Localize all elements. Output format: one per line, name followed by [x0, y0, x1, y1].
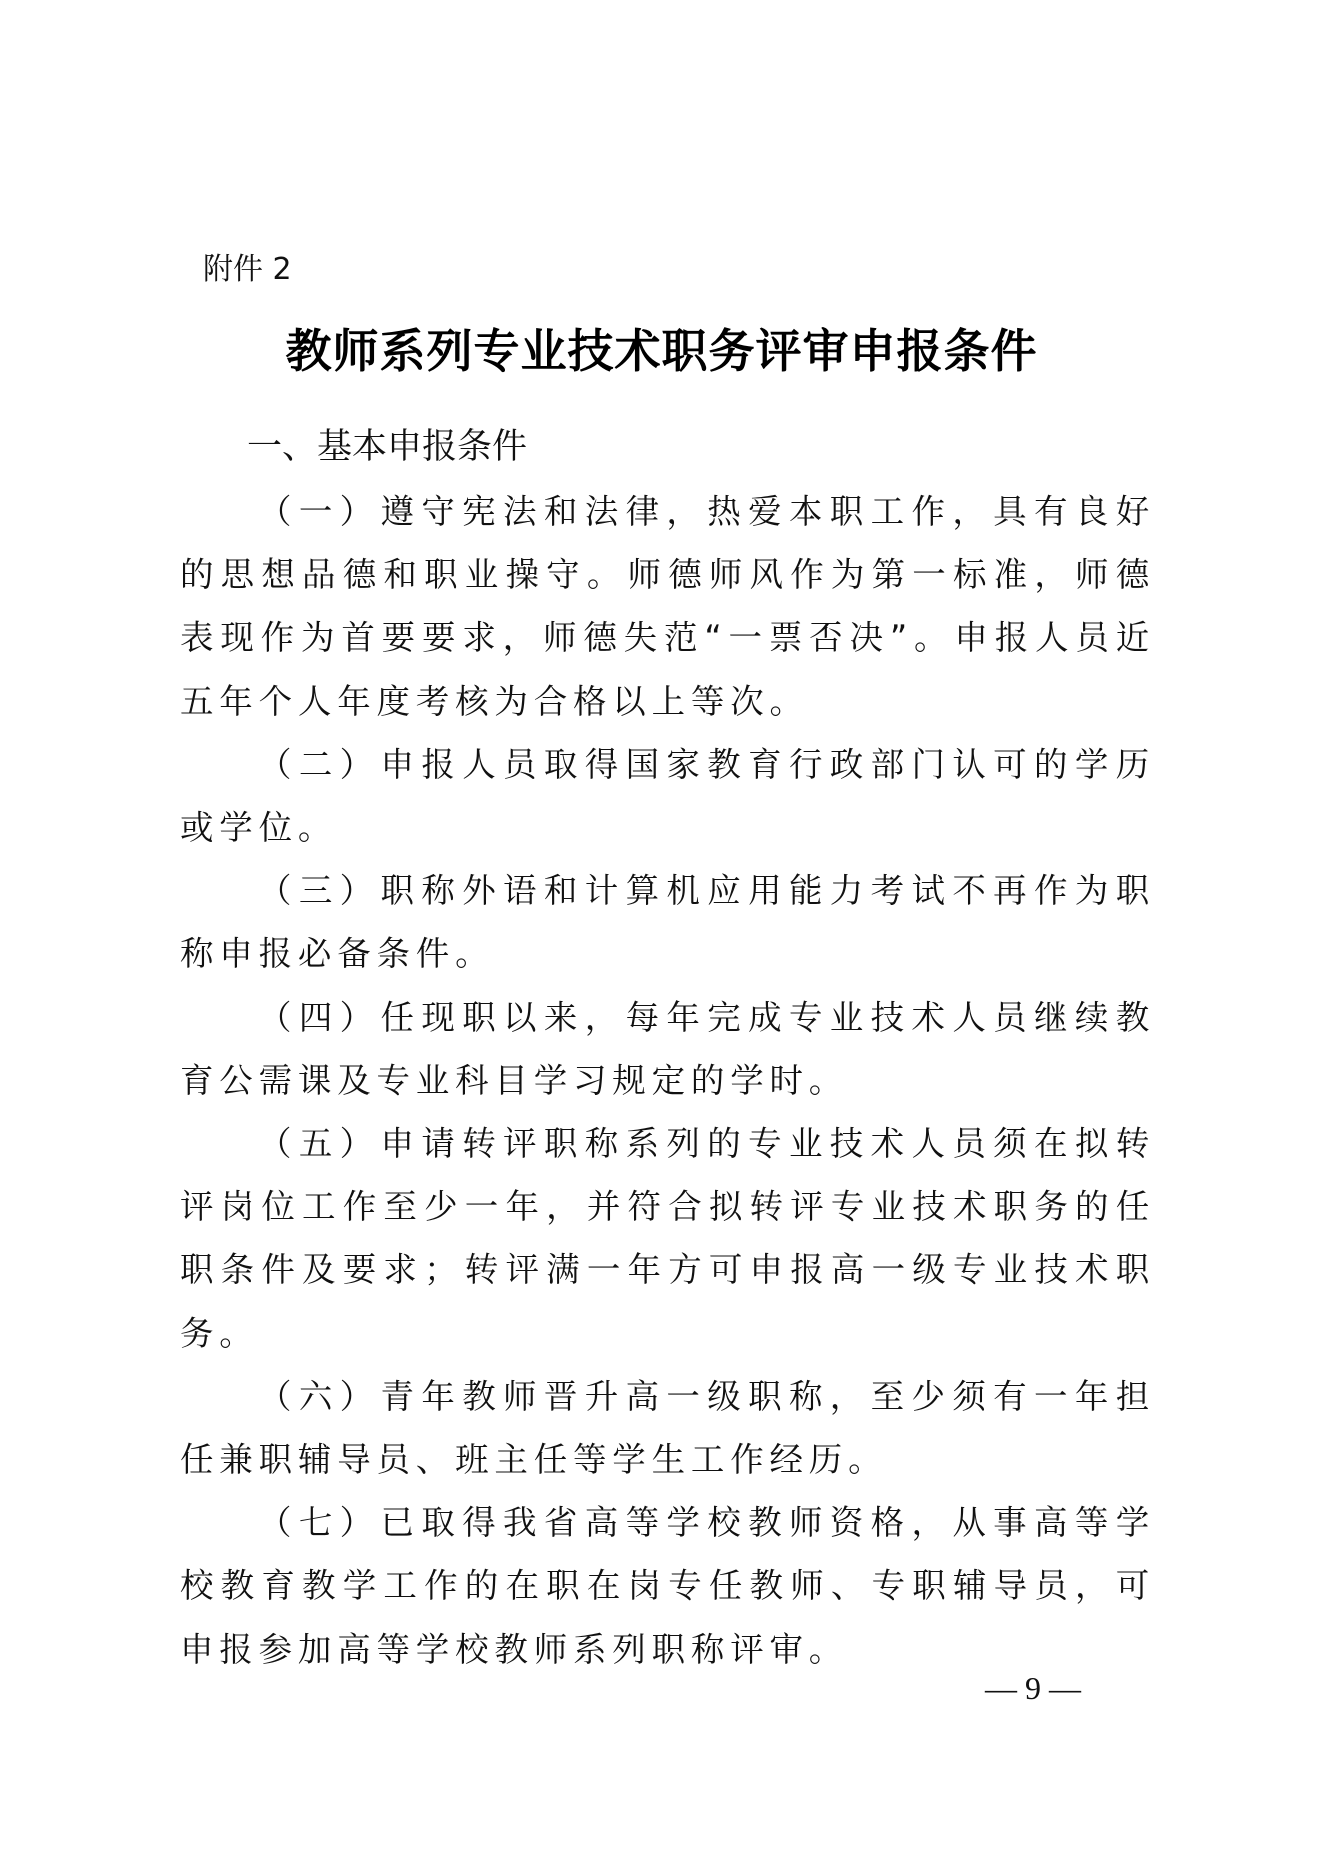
page-number: — 9 —	[985, 1668, 1081, 1708]
paragraph-condition-4: （四）任现职以来，每年完成专业技术人员继续教育公需课及专业科目学习规定的学时。	[180, 986, 1155, 1112]
paragraph-condition-3: （三）职称外语和计算机应用能力考试不再作为职称申报必备条件。	[180, 859, 1155, 985]
paragraph-condition-5: （五）申请转评职称系列的专业技术人员须在拟转评岗位工作至少一年，并符合拟转评专业…	[180, 1112, 1155, 1365]
paragraph-condition-1: （一）遵守宪法和法律，热爱本职工作，具有良好的思想品德和职业操守。师德师风作为第…	[180, 480, 1155, 733]
section-heading: 一、基本申报条件	[247, 422, 527, 472]
section-body: （一）遵守宪法和法律，热爱本职工作，具有良好的思想品德和职业操守。师德师风作为第…	[180, 480, 1155, 1681]
paragraph-condition-2: （二）申报人员取得国家教育行政部门认可的学历或学位。	[180, 733, 1155, 859]
paragraph-condition-7: （七）已取得我省高等学校教师资格，从事高等学校教育教学工作的在职在岗专任教师、专…	[180, 1491, 1155, 1681]
document-title: 教师系列专业技术职务评审申报条件	[0, 318, 1323, 384]
attachment-label: 附件 2	[203, 248, 292, 292]
paragraph-condition-6: （六）青年教师晋升高一级职称，至少须有一年担任兼职辅导员、班主任等学生工作经历。	[180, 1365, 1155, 1491]
document-page: 附件 2 教师系列专业技术职务评审申报条件 一、基本申报条件 （一）遵守宪法和法…	[0, 0, 1323, 1871]
